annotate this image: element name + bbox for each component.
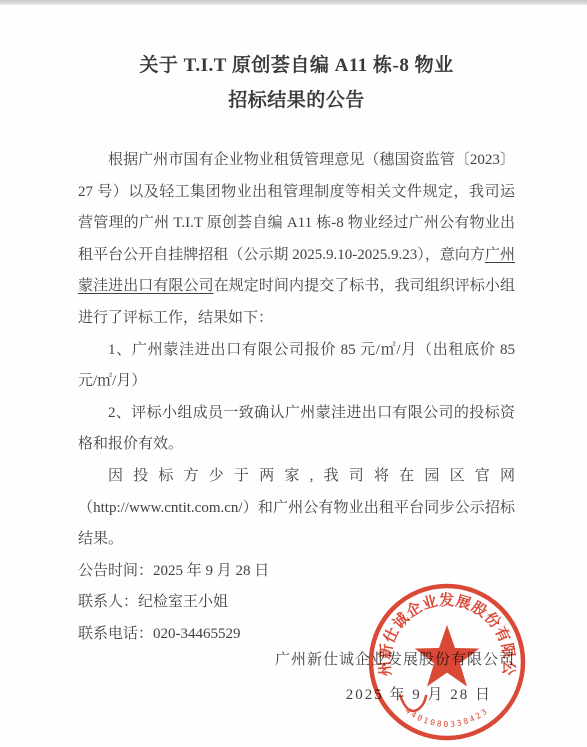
- seal-star-icon: [415, 625, 480, 687]
- company-seal-graphic: 广州新仕诚企业发展股份有限公司 4401080338423: [362, 577, 532, 747]
- title-line-1: 关于 T.I.T 原创荟自编 A11 栋-8 物业: [78, 48, 515, 83]
- title-line-2: 招标结果的公告: [78, 83, 515, 118]
- result-item-2: 2、评标小组成员一致确认广州蒙洼进出口有限公司的投标资格和报价有效。: [78, 398, 515, 461]
- announcement-document: 关于 T.I.T 原创荟自编 A11 栋-8 物业 招标结果的公告 根据广州市国…: [78, 0, 515, 651]
- paragraph-intro: 根据广州市国有企业物业租赁管理意见（穗国资监管〔2023〕27 号）以及轻工集团…: [78, 145, 515, 335]
- document-body: 根据广州市国有企业物业租赁管理意见（穗国资监管〔2023〕27 号）以及轻工集团…: [78, 145, 515, 651]
- result-item-1: 1、广州蒙洼进出口有限公司报价 85 元/㎡/月（出租底价 85 元/㎡/月）: [78, 335, 515, 398]
- paragraph-intro-pre: 根据广州市国有企业物业租赁管理意见（穗国资监管〔2023〕27 号）以及轻工集团…: [78, 152, 515, 263]
- seal-signature-mark-icon: [400, 695, 426, 711]
- document-title: 关于 T.I.T 原创荟自编 A11 栋-8 物业 招标结果的公告: [78, 48, 515, 118]
- paragraph-publicity: 因投标方少于两家,我司将在园区官网（http://www.cntit.com.c…: [78, 461, 515, 556]
- company-seal: 广州新仕诚企业发展股份有限公司 4401080338423: [362, 577, 532, 747]
